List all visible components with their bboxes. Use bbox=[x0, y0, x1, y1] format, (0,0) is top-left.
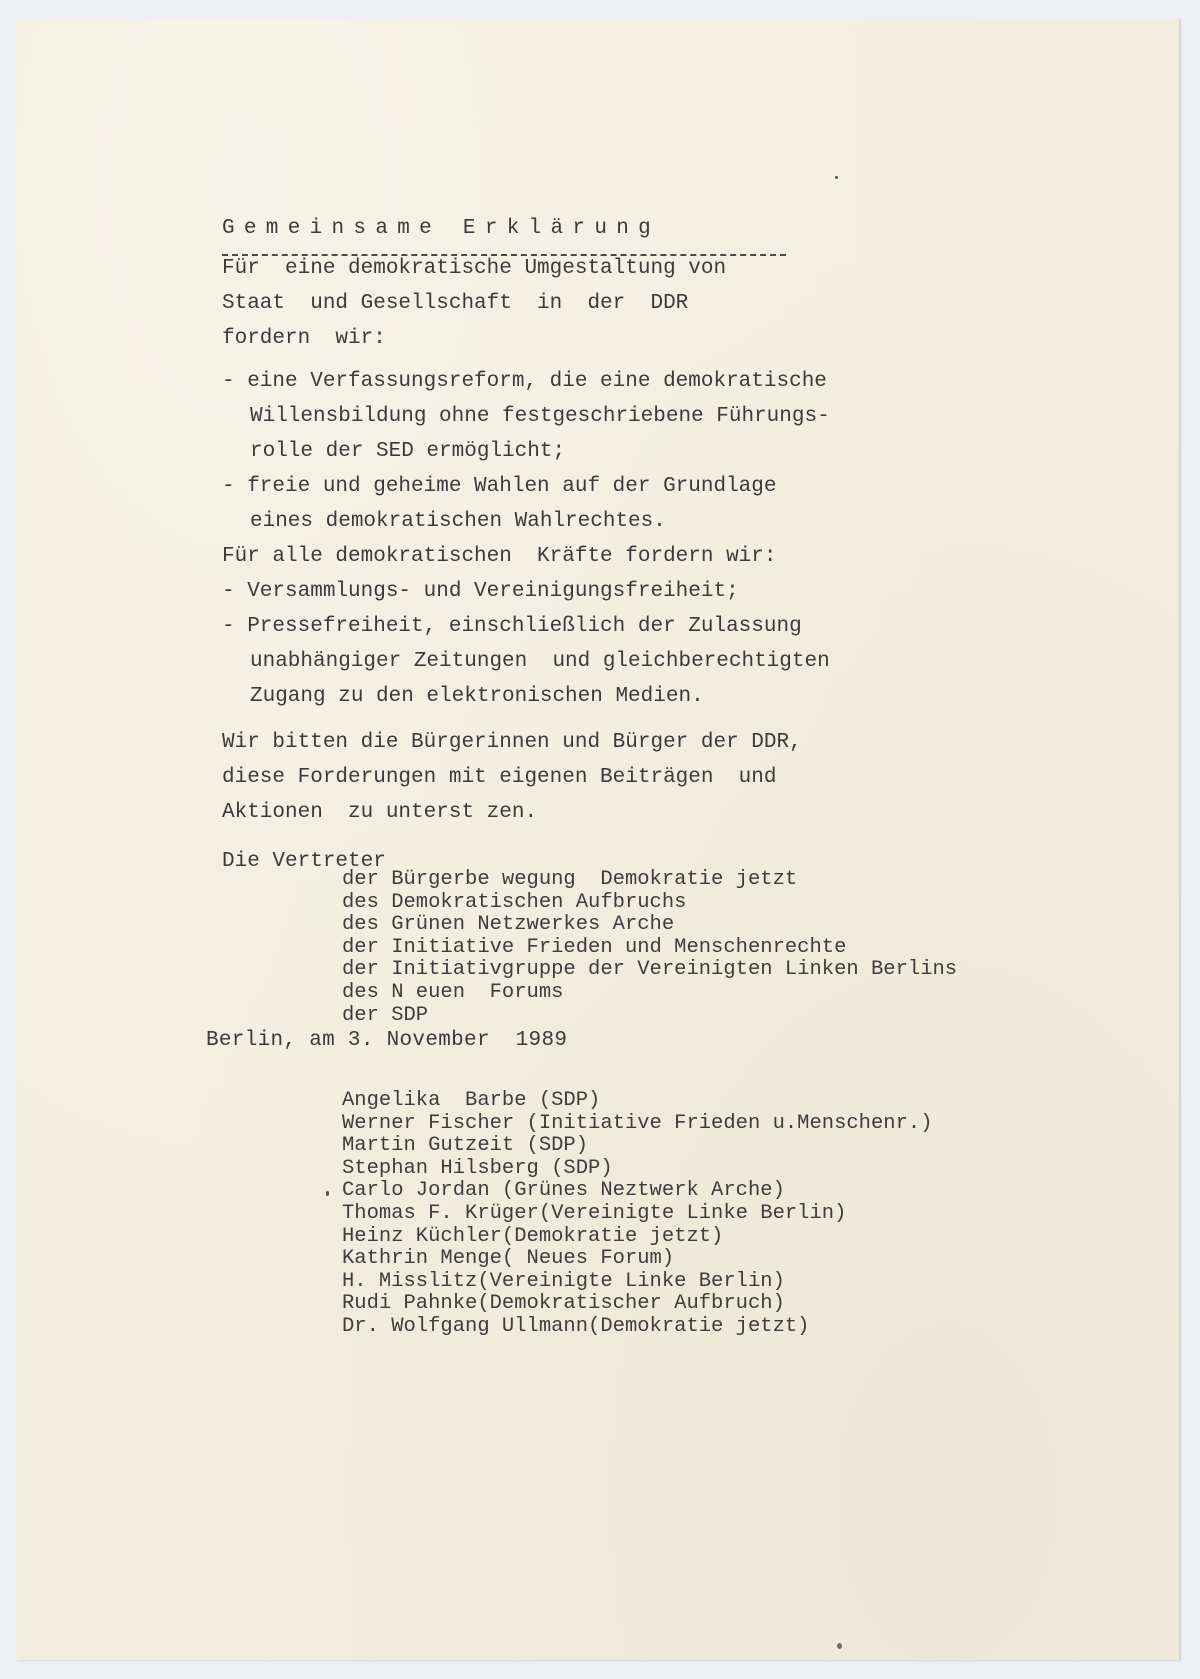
signatory-item: Rudi Pahnke(Demokratischer Aufbruch) bbox=[342, 1293, 933, 1316]
organization-item: der SDP bbox=[342, 1005, 957, 1028]
signatory-item: Thomas F. Krüger(Vereinigte Linke Berlin… bbox=[342, 1203, 933, 1226]
organization-item: der Bürgerbe wegung Demokratie jetzt bbox=[342, 869, 957, 892]
intro-line: Staat und Gesellschaft in der DDR bbox=[222, 286, 830, 321]
forces-heading: Für alle demokratischen Kräfte fordern w… bbox=[222, 539, 830, 574]
signatory-list: Angelika Barbe (SDP) Werner Fischer (Ini… bbox=[342, 1090, 933, 1339]
demand-line: eines demokratischen Wahlrechtes. bbox=[222, 504, 830, 539]
intro-line: fordern wir: bbox=[222, 321, 830, 356]
organization-item: des N euen Forums bbox=[342, 982, 957, 1005]
paper-speck bbox=[837, 1643, 842, 1649]
organization-item: des Grünen Netzwerkes Arche bbox=[342, 914, 957, 937]
intro-line: Für eine demokratische Umgestaltung von bbox=[222, 251, 830, 286]
document-title: Gemeinsame Erklärung bbox=[222, 217, 660, 240]
organization-item: des Demokratischen Aufbruchs bbox=[342, 892, 957, 915]
place-date: Berlin, am 3. November 1989 bbox=[206, 1029, 567, 1052]
signatory-item: Angelika Barbe (SDP) bbox=[342, 1090, 933, 1113]
signatory-item: Dr. Wolfgang Ullmann(Demokratie jetzt) bbox=[342, 1316, 933, 1339]
appeal-line: diese Forderungen mit eigenen Beiträgen … bbox=[222, 760, 830, 795]
body-text: Für eine demokratische Umgestaltung von … bbox=[222, 251, 830, 879]
demand-line: - Pressefreiheit, einschließlich der Zul… bbox=[222, 609, 830, 644]
signatory-item: Werner Fischer (Initiative Frieden u.Men… bbox=[342, 1113, 933, 1136]
demand-line: - freie und geheime Wahlen auf der Grund… bbox=[222, 469, 830, 504]
organization-list: der Bürgerbe wegung Demokratie jetzt des… bbox=[342, 869, 957, 1027]
paper-speck bbox=[835, 176, 838, 179]
signatory-item: Carlo Jordan (Grünes Neztwerk Arche) bbox=[342, 1180, 933, 1203]
signatory-item: H. Misslitz(Vereinigte Linke Berlin) bbox=[342, 1271, 933, 1294]
demand-line: - Versammlungs- und Vereinigungsfreiheit… bbox=[222, 574, 830, 609]
signatory-item: Martin Gutzeit (SDP) bbox=[342, 1135, 933, 1158]
demand-line: Willensbildung ohne festgeschriebene Füh… bbox=[222, 399, 830, 434]
demand-line: Zugang zu den elektronischen Medien. bbox=[222, 679, 830, 714]
ink-mark bbox=[326, 1191, 329, 1196]
signatory-item: Kathrin Menge( Neues Forum) bbox=[342, 1248, 933, 1271]
organization-item: der Initiativgruppe der Vereinigten Link… bbox=[342, 959, 957, 982]
organization-item: der Initiative Frieden und Menschenrecht… bbox=[342, 937, 957, 960]
document-page: Gemeinsame Erklärung Für eine demokratis… bbox=[16, 19, 1180, 1660]
appeal-line: Aktionen zu unterst zen. bbox=[222, 795, 830, 830]
demand-line: rolle der SED ermöglicht; bbox=[222, 434, 830, 469]
demand-line: - eine Verfassungsreform, die eine demok… bbox=[222, 364, 830, 399]
signatory-item: Heinz Küchler(Demokratie jetzt) bbox=[342, 1226, 933, 1249]
signatory-item: Stephan Hilsberg (SDP) bbox=[342, 1158, 933, 1181]
demand-line: unabhängiger Zeitungen und gleichberecht… bbox=[222, 644, 830, 679]
appeal-line: Wir bitten die Bürgerinnen und Bürger de… bbox=[222, 725, 830, 760]
